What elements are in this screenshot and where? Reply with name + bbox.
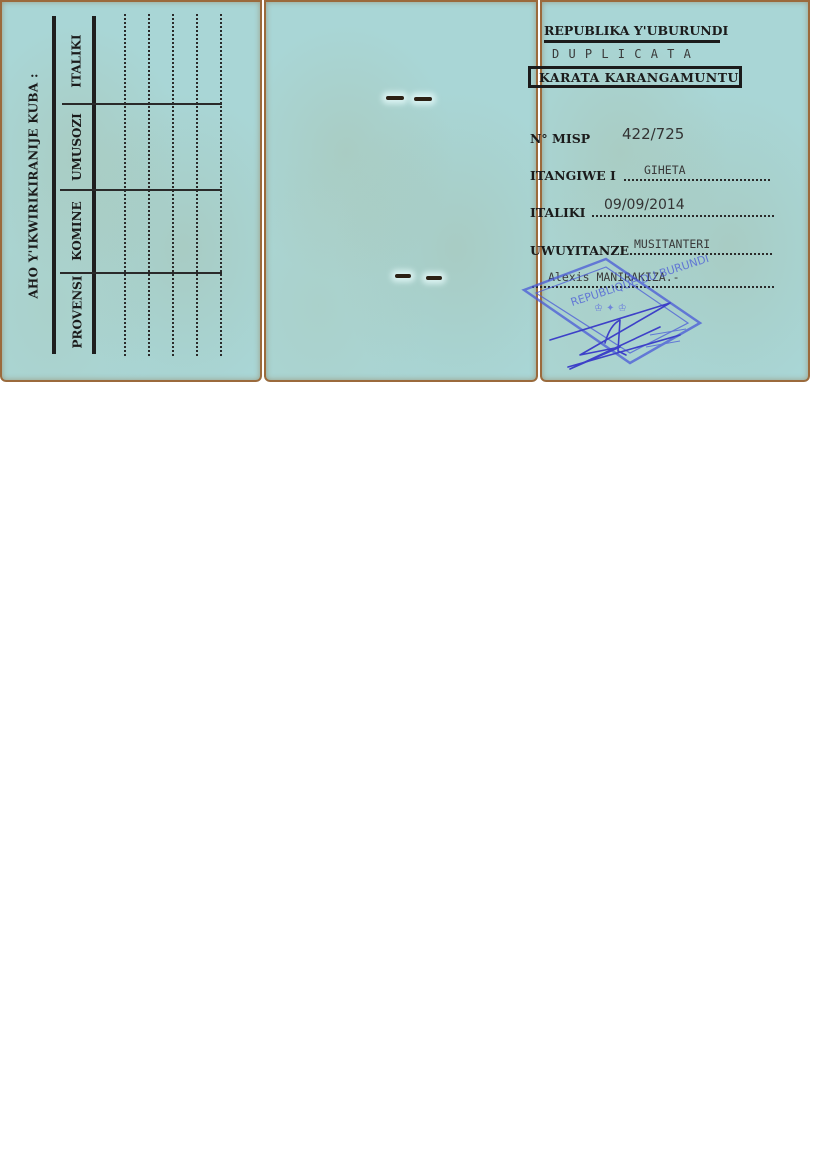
card-title-box: KARATA KARANGAMUNTU bbox=[528, 66, 742, 88]
svg-text:♔ ✦ ♔: ♔ ✦ ♔ bbox=[594, 303, 627, 314]
duplicate-stamp: D U P L I C A T A bbox=[552, 47, 692, 61]
table-border-left bbox=[52, 16, 56, 354]
field-line-italiki bbox=[592, 215, 774, 217]
entry-line bbox=[172, 14, 174, 356]
field-line-itangiwe bbox=[624, 179, 770, 181]
staple-hole bbox=[386, 96, 404, 100]
field-label-itangiwe: ITANGIWE I bbox=[530, 168, 616, 183]
signature-icon bbox=[550, 303, 680, 369]
table-border-header bbox=[92, 16, 96, 354]
card-title: KARATA KARANGAMUNTU bbox=[539, 70, 739, 85]
entry-line bbox=[124, 14, 126, 356]
row-divider bbox=[62, 103, 222, 105]
signatory-name: Alexis MANIRAKIZA.- bbox=[548, 270, 680, 284]
field-label-italiki: ITALIKI bbox=[530, 205, 586, 220]
field-line-uwuyitanze bbox=[630, 253, 774, 255]
field-value-uwuyitanze: MUSITANTERI bbox=[634, 237, 710, 251]
column-header-umusozi: UMUSOZI bbox=[64, 104, 90, 190]
card-panel-identity: REPUBLIKA Y'UBURUNDI D U P L I C A T A K… bbox=[540, 0, 810, 382]
column-header-italiki: ITALIKI bbox=[64, 18, 90, 104]
signatory-line bbox=[532, 286, 774, 288]
entry-line bbox=[220, 14, 222, 356]
card-panel-residence-table: AHO Y'IKWIRIKIRANIJE KUBA : PROVENSI KOM… bbox=[0, 0, 262, 382]
residence-heading-text: AHO Y'IKWIRIKIRANIJE KUBA : bbox=[27, 73, 41, 298]
heading-underline bbox=[544, 40, 720, 43]
entry-line bbox=[148, 14, 150, 356]
field-value-italiki: 09/09/2014 bbox=[604, 197, 685, 213]
staple-hole bbox=[426, 276, 442, 280]
column-header-provensi: PROVENSI bbox=[64, 272, 90, 352]
republic-heading: REPUBLIKA Y'UBURUNDI bbox=[544, 23, 728, 38]
field-label-uwuyitanze: UWUYITANZE bbox=[530, 243, 629, 258]
entry-line bbox=[196, 14, 198, 356]
field-value-itangiwe: GIHETA bbox=[644, 163, 686, 177]
field-value-misp: 422/725 bbox=[622, 125, 684, 143]
column-header-komine: KOMINE bbox=[64, 190, 90, 272]
staple-hole bbox=[414, 97, 432, 101]
staple-hole bbox=[395, 274, 411, 278]
card-panel-blank bbox=[264, 0, 538, 382]
field-label-misp: N° MISP bbox=[530, 131, 590, 146]
residence-heading: AHO Y'IKWIRIKIRANIJE KUBA : bbox=[22, 16, 46, 356]
